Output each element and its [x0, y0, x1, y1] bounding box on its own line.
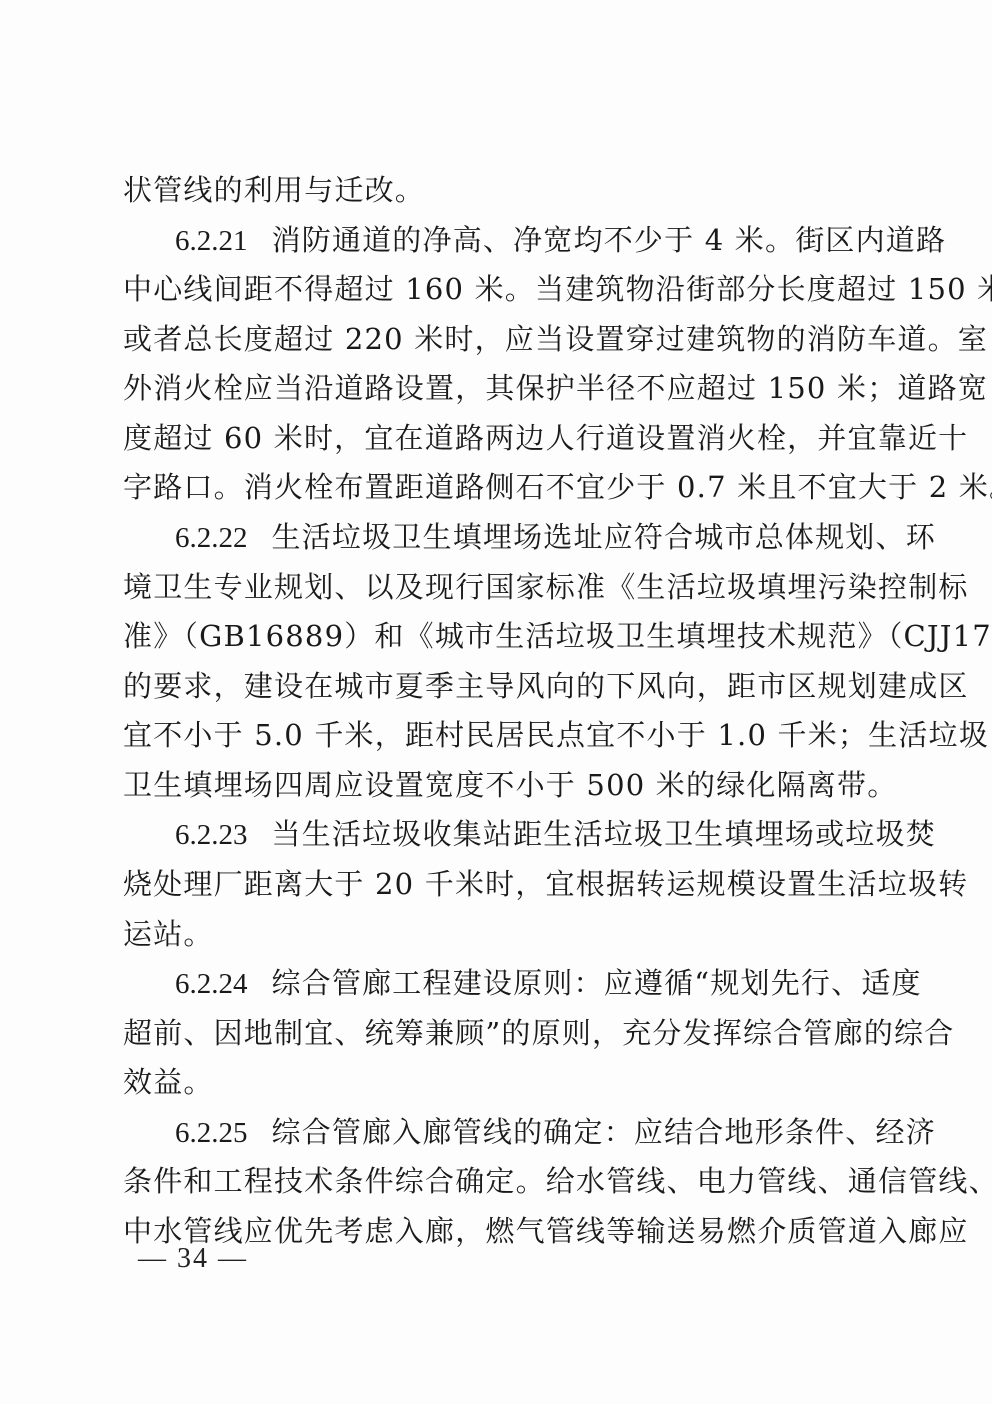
- line-text: 烧处理厂距离大于 20 千米时，宜根据转运规模设置生活垃圾转: [123, 867, 968, 901]
- text-line: 准》（GB16889）和《城市生活垃圾卫生填埋技术规范》（CJJ17）: [123, 618, 863, 654]
- page-number: — 34 —: [138, 1243, 248, 1275]
- text-line: 效益。: [123, 1064, 863, 1100]
- text-line: 运站。: [123, 916, 863, 952]
- text-line: 条件和工程技术条件综合确定。给水管线、电力管线、通信管线、: [123, 1163, 863, 1199]
- section-line: 6.2.22生活垃圾卫生填埋场选址应符合城市总体规划、环: [175, 519, 863, 555]
- line-text: 超前、因地制宜、统筹兼顾”的原则，充分发挥综合管廊的综合: [123, 1016, 954, 1050]
- section-number: 6.2.25: [175, 1117, 248, 1149]
- line-text: 状管线的利用与迁改。: [123, 173, 425, 207]
- line-text: 中水管线应优先考虑入廊，燃气管线等输送易燃介质管道入廊应: [123, 1214, 969, 1248]
- line-text: 度超过 60 米时，宜在道路两边人行道设置消火栓，并宜靠近十: [123, 421, 968, 455]
- section-number: 6.2.23: [175, 819, 248, 851]
- line-text: 消防通道的净高、净宽均不少于 4 米。街区内道路: [272, 223, 947, 257]
- text-line: 卫生填埋场四周应设置宽度不小于 500 米的绿化隔离带。: [123, 767, 863, 803]
- line-text: 效益。: [123, 1065, 214, 1099]
- line-text: 条件和工程技术条件综合确定。给水管线、电力管线、通信管线、: [123, 1164, 992, 1198]
- line-text: 准》（GB16889）和《城市生活垃圾卫生填埋技术规范》（CJJ17）: [123, 619, 992, 653]
- text-line: 外消火栓应当沿道路设置，其保护半径不应超过 150 米；道路宽: [123, 370, 863, 406]
- line-text: 外消火栓应当沿道路设置，其保护半径不应超过 150 米；道路宽: [123, 371, 988, 405]
- text-line: 字路口。消火栓布置距道路侧石不宜少于 0.7 米且不宜大于 2 米。: [123, 469, 863, 505]
- text-line: 境卫生专业规划、以及现行国家标准《生活垃圾填埋污染控制标: [123, 569, 863, 605]
- line-text: 生活垃圾卫生填埋场选址应符合城市总体规划、环: [272, 520, 936, 554]
- text-line: 烧处理厂距离大于 20 千米时，宜根据转运规模设置生活垃圾转: [123, 866, 863, 902]
- document-page: 状管线的利用与迁改。6.2.21消防通道的净高、净宽均不少于 4 米。街区内道路…: [0, 0, 992, 1404]
- section-number: 6.2.22: [175, 522, 248, 554]
- line-text: 综合管廊工程建设原则：应遵循“规划先行、适度: [272, 966, 922, 1000]
- text-line: 宜不小于 5.0 千米，距村民居民点宜不小于 1.0 千米；生活垃圾: [123, 717, 863, 753]
- line-text: 宜不小于 5.0 千米，距村民居民点宜不小于 1.0 千米；生活垃圾: [123, 718, 989, 752]
- section-line: 6.2.24综合管廊工程建设原则：应遵循“规划先行、适度: [175, 965, 863, 1001]
- line-text: 字路口。消火栓布置距道路侧石不宜少于 0.7 米且不宜大于 2 米。: [123, 470, 992, 504]
- text-line: 状管线的利用与迁改。: [123, 172, 863, 208]
- section-line: 6.2.21消防通道的净高、净宽均不少于 4 米。街区内道路: [175, 222, 863, 258]
- text-line: 超前、因地制宜、统筹兼顾”的原则，充分发挥综合管廊的综合: [123, 1015, 863, 1051]
- section-number: 6.2.24: [175, 968, 248, 1000]
- line-text: 境卫生专业规划、以及现行国家标准《生活垃圾填埋污染控制标: [123, 570, 969, 604]
- line-text: 中心线间距不得超过 160 米。当建筑物沿街部分长度超过 150 米: [123, 272, 992, 306]
- text-line: 度超过 60 米时，宜在道路两边人行道设置消火栓，并宜靠近十: [123, 420, 863, 456]
- text-line: 的要求，建设在城市夏季主导风向的下风向，距市区规划建成区: [123, 668, 863, 704]
- line-text: 或者总长度超过 220 米时，应当设置穿过建筑物的消防车道。室: [123, 322, 988, 356]
- text-line: 或者总长度超过 220 米时，应当设置穿过建筑物的消防车道。室: [123, 321, 863, 357]
- section-line: 6.2.23当生活垃圾收集站距生活垃圾卫生填埋场或垃圾焚: [175, 816, 863, 852]
- line-text: 当生活垃圾收集站距生活垃圾卫生填埋场或垃圾焚: [272, 817, 936, 851]
- line-text: 卫生填埋场四周应设置宽度不小于 500 米的绿化隔离带。: [123, 768, 897, 802]
- section-number: 6.2.21: [175, 225, 248, 257]
- line-text: 的要求，建设在城市夏季主导风向的下风向，距市区规划建成区: [123, 669, 969, 703]
- section-line: 6.2.25综合管廊入廊管线的确定：应结合地形条件、经济: [175, 1114, 863, 1150]
- line-text: 综合管廊入廊管线的确定：应结合地形条件、经济: [272, 1115, 936, 1149]
- text-line: 中心线间距不得超过 160 米。当建筑物沿街部分长度超过 150 米: [123, 271, 863, 307]
- line-text: 运站。: [123, 917, 214, 951]
